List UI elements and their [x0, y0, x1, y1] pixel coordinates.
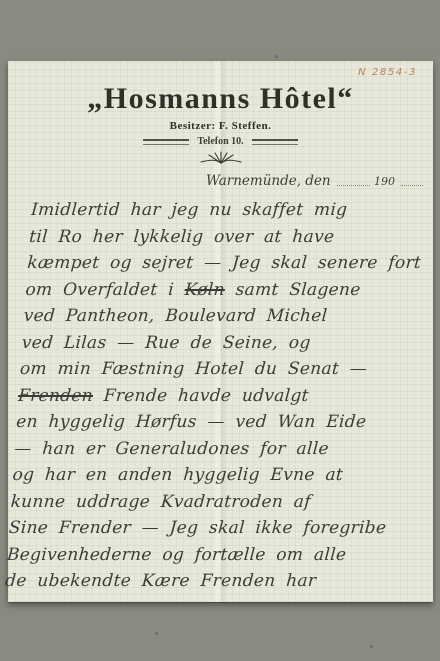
handwriting-segment: ved Lilas — Rue de Seine, og: [21, 333, 311, 353]
dust-speck: [275, 55, 278, 58]
handwriting-segment: kunne uddrage Kvadratroden af: [10, 492, 312, 512]
dateline-fill-line-short: [401, 185, 423, 186]
handwriting-line: til Ro her lykkelig over at have: [28, 224, 423, 251]
handwriting-line: kunne uddrage Kvadratroden af: [10, 489, 405, 516]
handwriting-line: — han er Generaludones for alle: [13, 436, 408, 463]
handwriting-line: Sine Frender — Jeg skal ikke foregribe: [8, 515, 403, 542]
handwriting-line: en hyggelig Hørfus — ved Wan Eide: [15, 409, 410, 436]
dateline-place: Warnemünde, den: [206, 173, 331, 189]
handwriting-segment: om min Fæstning Hotel du Senat —: [19, 359, 368, 379]
dateline-year-prefix: 190: [374, 175, 395, 189]
handwriting-segment: samt Slagene: [224, 280, 361, 300]
hotel-title: „Hosmanns Hôtel“: [8, 84, 433, 114]
handwriting-segment: en hyggelig Hørfus — ved Wan Eide: [16, 412, 367, 432]
handwriting-line: ved Pantheon, Boulevard Michel: [23, 303, 418, 330]
telephone-line: Telefon 10.: [8, 136, 433, 147]
photo-background: N 2854-3 „Hosmanns Hôtel“ Besitzer: F. S…: [0, 0, 440, 661]
handwriting-line: ved Lilas — Rue de Seine, og: [21, 330, 416, 357]
letterhead: „Hosmanns Hôtel“ Besitzer: F. Steffen. T…: [8, 84, 433, 165]
handwriting-segment: til Ro her lykkelig over at have: [29, 227, 336, 247]
handwriting-segment: ved Pantheon, Boulevard Michel: [23, 306, 328, 326]
handwriting-segment: kæmpet og sejret — Jeg skal senere fortæ…: [27, 253, 422, 273]
handwriting-segment: — han er Generaludones for alle: [14, 439, 330, 459]
proprietor-line: Besitzer: F. Steffen.: [8, 120, 433, 132]
left-rule: [143, 139, 189, 145]
handwriting-line: kæmpet og sejret — Jeg skal senere fortæ…: [26, 250, 421, 277]
handwriting-segment: Sine Frender — Jeg skal ikke foregribe: [8, 518, 387, 538]
handwriting-segment: Imidlertid har jeg nu skaffet mig: [30, 200, 348, 220]
handwriting-line: om min Fæstning Hotel du Senat —: [19, 356, 414, 383]
dust-speck: [370, 645, 373, 648]
handwriting-line: Begivenhederne og fortælle om alle: [6, 542, 401, 569]
handwriting-line: om Overfaldet i Køln samt Slagene: [25, 277, 420, 304]
telephone-label: Telefon 10.: [197, 136, 243, 147]
handwriting-segment: og har en anden hyggelig Evne at: [12, 465, 344, 485]
handwriting-segment: de ubekendte Kære Frenden har: [4, 571, 317, 591]
handwriting-segment: om Overfaldet i: [25, 280, 186, 300]
archival-number: N 2854-3: [358, 67, 417, 78]
handwriting-segment-struck: Køln: [184, 280, 226, 300]
right-rule: [252, 139, 298, 145]
fan-ornament-icon: [8, 151, 433, 165]
handwriting-line: Frenden Frende havde udvalgt: [17, 383, 412, 410]
letter-paper: N 2854-3 „Hosmanns Hôtel“ Besitzer: F. S…: [8, 61, 433, 602]
handwriting-segment: Frende havde udvalgt: [92, 386, 309, 406]
handwriting-line: og har en anden hyggelig Evne at: [12, 462, 407, 489]
handwriting-line: de ubekendte Kære Frenden har: [4, 568, 399, 595]
handwriting-segment: Begivenhederne og fortælle om alle: [6, 545, 347, 565]
handwriting-lines: Imidlertid har jeg nu skaffet migtil Ro …: [4, 197, 425, 595]
dust-speck: [155, 632, 158, 635]
handwriting-segment-struck: Frenden: [17, 386, 93, 406]
dateline-fill-line: [337, 185, 370, 186]
dateline: Warnemünde, den 190: [206, 173, 423, 189]
handwriting-line: Imidlertid har jeg nu skaffet mig: [30, 197, 425, 224]
